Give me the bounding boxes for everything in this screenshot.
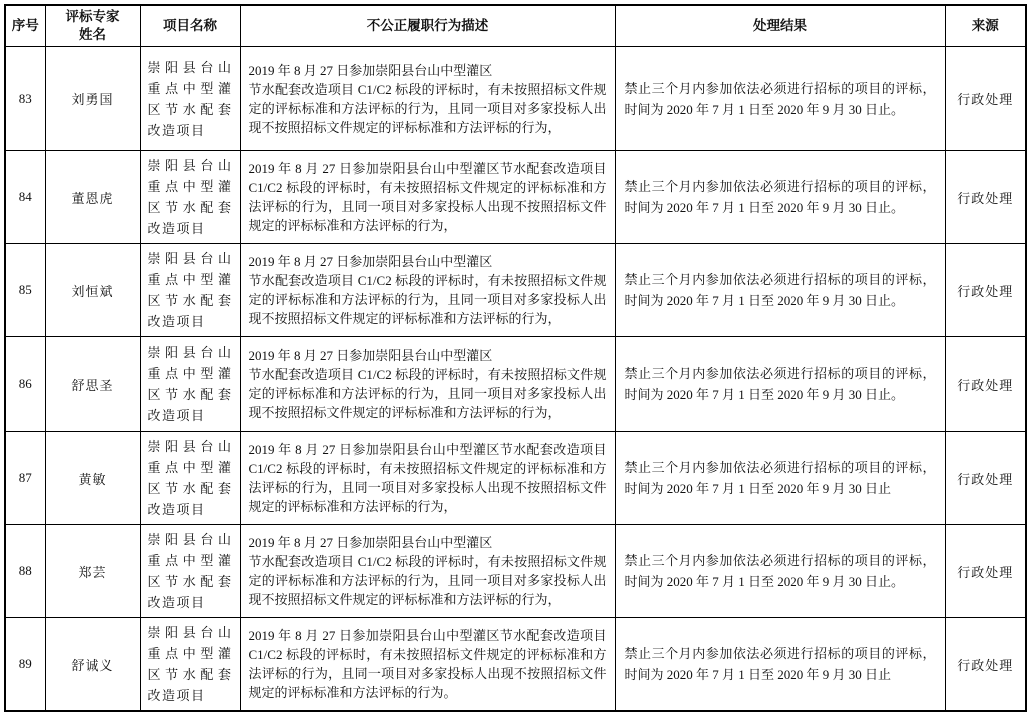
- cell-expert-name: 刘恒斌: [45, 244, 140, 337]
- col-header-project-name: 项目名称: [140, 5, 240, 47]
- cell-result: 禁止三个月内参加依法必须进行招标的项目的评标，时间为 2020 年 7 月 1 …: [615, 151, 945, 244]
- col-header-source: 来源: [945, 5, 1026, 47]
- cell-behavior-description: 2019 年 8 月 27 日参加崇阳县台山中型灌区节水配套改造项目 C1/C2…: [240, 618, 615, 712]
- cell-expert-name: 董恩虎: [45, 151, 140, 244]
- cell-project-name: 崇阳县台山重点中型灌区节水配套改造项目: [140, 47, 240, 151]
- cell-serial-number: 88: [5, 525, 45, 618]
- cell-result: 禁止三个月内参加依法必须进行招标的项目的评标，时间为 2020 年 7 月 1 …: [615, 337, 945, 432]
- cell-project-name: 崇阳县台山重点中型灌区节水配套改造项目: [140, 618, 240, 712]
- cell-result: 禁止三个月内参加依法必须进行招标的项目的评标，时间为 2020 年 7 月 1 …: [615, 47, 945, 151]
- cell-source: 行政处理: [945, 244, 1026, 337]
- cell-result: 禁止三个月内参加依法必须进行招标的项目的评标，时间为 2020 年 7 月 1 …: [615, 244, 945, 337]
- table-row: 88 郑芸 崇阳县台山重点中型灌区节水配套改造项目 2019 年 8 月 27 …: [5, 525, 1026, 618]
- cell-project-name: 崇阳县台山重点中型灌区节水配套改造项目: [140, 151, 240, 244]
- table-row: 86 舒思圣 崇阳县台山重点中型灌区节水配套改造项目 2019 年 8 月 27…: [5, 337, 1026, 432]
- cell-result: 禁止三个月内参加依法必须进行招标的项目的评标，时间为 2020 年 7 月 1 …: [615, 525, 945, 618]
- cell-serial-number: 89: [5, 618, 45, 712]
- table-row: 85 刘恒斌 崇阳县台山重点中型灌区节水配套改造项目 2019 年 8 月 27…: [5, 244, 1026, 337]
- cell-serial-number: 83: [5, 47, 45, 151]
- cell-behavior-description: 2019 年 8 月 27 日参加崇阳县台山中型灌区 节水配套改造项目 C1/C…: [240, 525, 615, 618]
- cell-expert-name: 舒诚义: [45, 618, 140, 712]
- cell-result: 禁止三个月内参加依法必须进行招标的项目的评标，时间为 2020 年 7 月 1 …: [615, 432, 945, 525]
- col-header-serial-number: 序号: [5, 5, 45, 47]
- table-row: 83 刘勇国 崇阳县台山重点中型灌区节水配套改造项目 2019 年 8 月 27…: [5, 47, 1026, 151]
- cell-source: 行政处理: [945, 47, 1026, 151]
- cell-source: 行政处理: [945, 151, 1026, 244]
- cell-serial-number: 86: [5, 337, 45, 432]
- cell-project-name: 崇阳县台山重点中型灌区节水配套改造项目: [140, 432, 240, 525]
- cell-behavior-description: 2019 年 8 月 27 日参加崇阳县台山中型灌区节水配套改造项目 C1/C2…: [240, 432, 615, 525]
- header-row: 序号 评标专家 姓名 项目名称 不公正履职行为描述 处理结果 来源: [5, 5, 1026, 47]
- cell-expert-name: 郑芸: [45, 525, 140, 618]
- cell-expert-name: 舒思圣: [45, 337, 140, 432]
- col-header-expert-name: 评标专家 姓名: [45, 5, 140, 47]
- table-row: 84 董恩虎 崇阳县台山重点中型灌区节水配套改造项目 2019 年 8 月 27…: [5, 151, 1026, 244]
- cell-project-name: 崇阳县台山重点中型灌区节水配套改造项目: [140, 337, 240, 432]
- cell-source: 行政处理: [945, 525, 1026, 618]
- cell-project-name: 崇阳县台山重点中型灌区节水配套改造项目: [140, 525, 240, 618]
- cell-behavior-description: 2019 年 8 月 27 日参加崇阳县台山中型灌区 节水配套改造项目 C1/C…: [240, 337, 615, 432]
- table-row: 89 舒诚义 崇阳县台山重点中型灌区节水配套改造项目 2019 年 8 月 27…: [5, 618, 1026, 712]
- cell-project-name: 崇阳县台山重点中型灌区节水配套改造项目: [140, 244, 240, 337]
- cell-serial-number: 87: [5, 432, 45, 525]
- expert-penalty-table: 序号 评标专家 姓名 项目名称 不公正履职行为描述 处理结果 来源 83 刘勇国…: [4, 4, 1027, 712]
- table-row: 87 黄敏 崇阳县台山重点中型灌区节水配套改造项目 2019 年 8 月 27 …: [5, 432, 1026, 525]
- cell-serial-number: 84: [5, 151, 45, 244]
- col-header-behavior-description: 不公正履职行为描述: [240, 5, 615, 47]
- cell-result: 禁止三个月内参加依法必须进行招标的项目的评标，时间为 2020 年 7 月 1 …: [615, 618, 945, 712]
- cell-source: 行政处理: [945, 337, 1026, 432]
- col-header-result: 处理结果: [615, 5, 945, 47]
- cell-source: 行政处理: [945, 618, 1026, 712]
- cell-behavior-description: 2019 年 8 月 27 日参加崇阳县台山中型灌区 节水配套改造项目 C1/C…: [240, 244, 615, 337]
- cell-expert-name: 刘勇国: [45, 47, 140, 151]
- cell-serial-number: 85: [5, 244, 45, 337]
- cell-behavior-description: 2019 年 8 月 27 日参加崇阳县台山中型灌区 节水配套改造项目 C1/C…: [240, 47, 615, 151]
- cell-source: 行政处理: [945, 432, 1026, 525]
- cell-behavior-description: 2019 年 8 月 27 日参加崇阳县台山中型灌区节水配套改造项目 C1/C2…: [240, 151, 615, 244]
- cell-expert-name: 黄敏: [45, 432, 140, 525]
